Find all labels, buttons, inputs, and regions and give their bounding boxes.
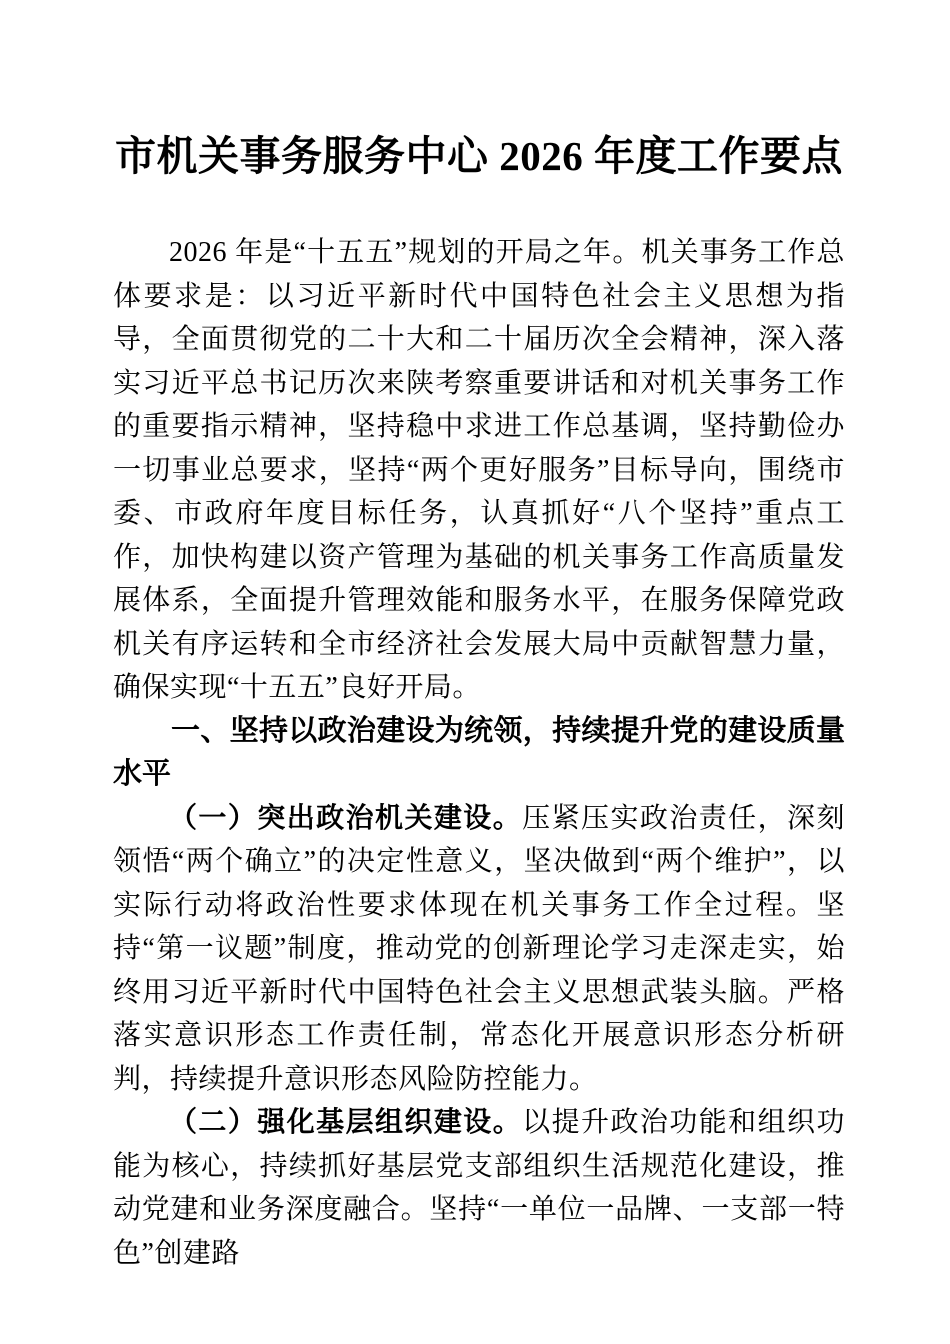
document-page: 市机关事务服务中心 2026 年度工作要点 2026 年是“十五五”规划的开局之… bbox=[0, 0, 950, 1344]
section-1-heading: 一、坚持以政治建设为统领，持续提升党的建设质量水平 bbox=[113, 710, 845, 797]
document-title: 市机关事务服务中心 2026 年度工作要点 bbox=[113, 0, 845, 183]
item-1-paragraph: （一）突出政治机关建设。压紧压实政治责任，深刻领悟“两个确立”的决定性意义，坚决… bbox=[113, 797, 845, 1102]
item-1-lead: （一）突出政治机关建设。 bbox=[169, 803, 522, 834]
intro-paragraph: 2026 年是“十五五”规划的开局之年。机关事务工作总体要求是：以习近平新时代中… bbox=[113, 231, 845, 710]
item-1-text: 压紧压实政治责任，深刻领悟“两个确立”的决定性意义，坚决做到“两个维护”，以实际… bbox=[113, 803, 845, 1095]
item-2-lead: （二）强化基层组织建设。 bbox=[169, 1107, 522, 1138]
item-2-paragraph: （二）强化基层组织建设。以提升政治功能和组织功能为核心，持续抓好基层党支部组织生… bbox=[113, 1101, 845, 1275]
